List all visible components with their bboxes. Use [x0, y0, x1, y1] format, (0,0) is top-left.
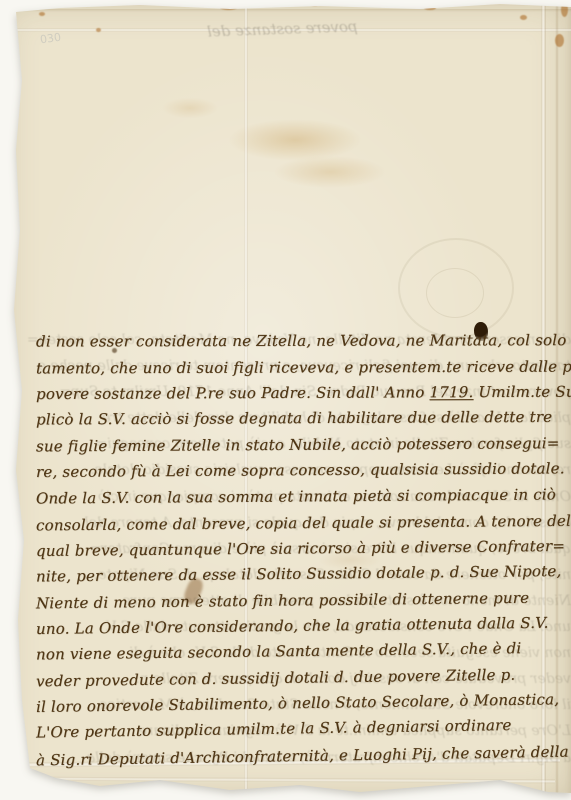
manuscript-line: di non esser considerata ne Zitella, ne …: [36, 327, 571, 355]
manuscript-line: tamento, che uno di suoi figli riceveva,…: [36, 354, 571, 382]
bleedthrough-writing-top: povere sostanze del P.re suo Padre. Sin …: [207, 17, 358, 62]
foxing-spot: [96, 28, 101, 32]
foxing-spot: [310, 2, 319, 6]
bottom-crease: [25, 777, 555, 784]
pencil-mark: 030: [39, 31, 62, 47]
handwritten-text: di non esser considerata ne Zitella, ne …: [36, 329, 571, 773]
foxing-spot: [555, 34, 564, 47]
bleedthrough-fragment: povere sostanze del P.re suo Padre. Sin …: [207, 17, 358, 54]
manuscript-line: Onde la S.V. con la sua somma et innata …: [36, 481, 571, 511]
foxing-spot: [561, 2, 568, 17]
foxing-spot: [520, 15, 527, 20]
scanned-manuscript: 030 povere sostanze del P.re suo Padre. …: [0, 0, 571, 800]
foxing-spot: [39, 12, 45, 16]
manuscript-line: plicò la S.V. acciò si fosse degnata di …: [36, 404, 571, 433]
watermark-ring: [426, 268, 484, 318]
foxing-spot: [220, 5, 237, 10]
manuscript-line: povere sostanze del P.re suo Padre. Sin …: [36, 379, 571, 407]
watermark-ring: [398, 238, 514, 338]
foxing-spot: [424, 6, 436, 10]
paper-shadow: 030 povere sostanze del P.re suo Padre. …: [0, 0, 571, 800]
manuscript-page: 030 povere sostanze del P.re suo Padre. …: [0, 0, 571, 800]
top-edge-crease: [0, 9, 571, 12]
